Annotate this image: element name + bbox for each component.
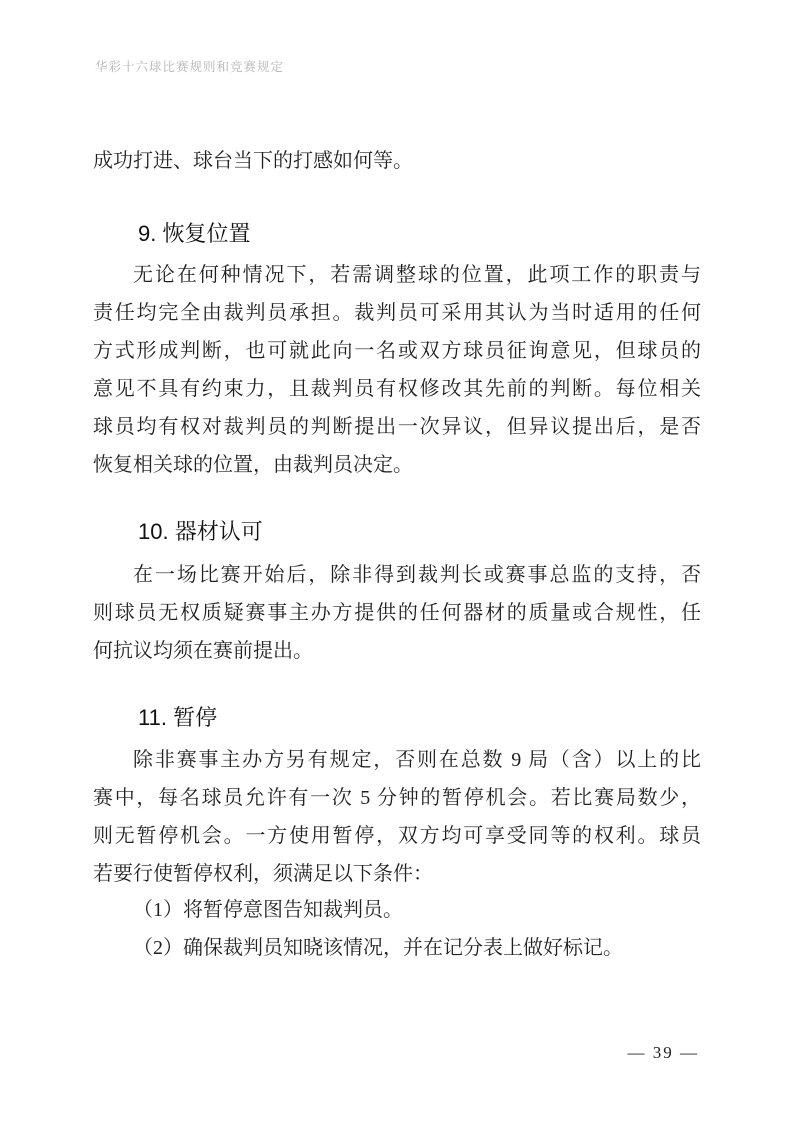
page-number: — 39 — [628, 1042, 700, 1064]
paragraph-line: 责任均完全由裁判员承担。裁判员可采用其认为当时适用的任何 [93, 294, 701, 332]
paragraph-line: 赛中，每名球员允许有一次 5 分钟的暂停机会。若比赛局数少， [93, 779, 701, 817]
paragraph-line: 若要行使暂停权利，须满足以下条件： [93, 855, 701, 893]
paragraph-line: 球员均有权对裁判员的判断提出一次异议，但异议提出后，是否 [93, 408, 701, 446]
list-item: （2）确保裁判员知晓该情况，并在记分表上做好标记。 [93, 929, 701, 967]
paragraph-line: 在一场比赛开始后，除非得到裁判长或赛事总监的支持，否 [93, 556, 701, 594]
paragraph-line: 意见不具有约束力，且裁判员有权修改其先前的判断。每位相关 [93, 370, 701, 408]
paragraph-line: 无论在何种情况下，若需调整球的位置，此项工作的职责与 [93, 256, 701, 294]
paragraph-line: 则球员无权质疑赛事主办方提供的任何器材的质量或合规性，任 [93, 594, 701, 632]
paragraph-line: 方式形成判断，也可就此向一名或双方球员征询意见，但球员的 [93, 332, 701, 370]
paragraph-line: 则无暂停机会。一方使用暂停，双方均可享受同等的权利。球员 [93, 817, 701, 855]
document-page: 华彩十六球比赛规则和竞赛规定 成功打进、球台当下的打感如何等。 9. 恢复位置 … [0, 0, 794, 1123]
paragraph-line: 成功打进、球台当下的打感如何等。 [93, 142, 701, 180]
section-heading-10: 10. 器材认可 [93, 513, 701, 551]
paragraph-line: 恢复相关球的位置，由裁判员决定。 [93, 446, 701, 484]
paragraph-line: 除非赛事主办方另有规定，否则在总数 9 局（含）以上的比 [93, 741, 701, 779]
list-item: （1）将暂停意图告知裁判员。 [93, 891, 701, 929]
section-heading-9: 9. 恢复位置 [93, 215, 701, 253]
running-header-title: 华彩十六球比赛规则和竞赛规定 [95, 57, 284, 75]
section-heading-11: 11. 暂停 [93, 699, 701, 737]
paragraph-line: 何抗议均须在赛前提出。 [93, 632, 701, 670]
